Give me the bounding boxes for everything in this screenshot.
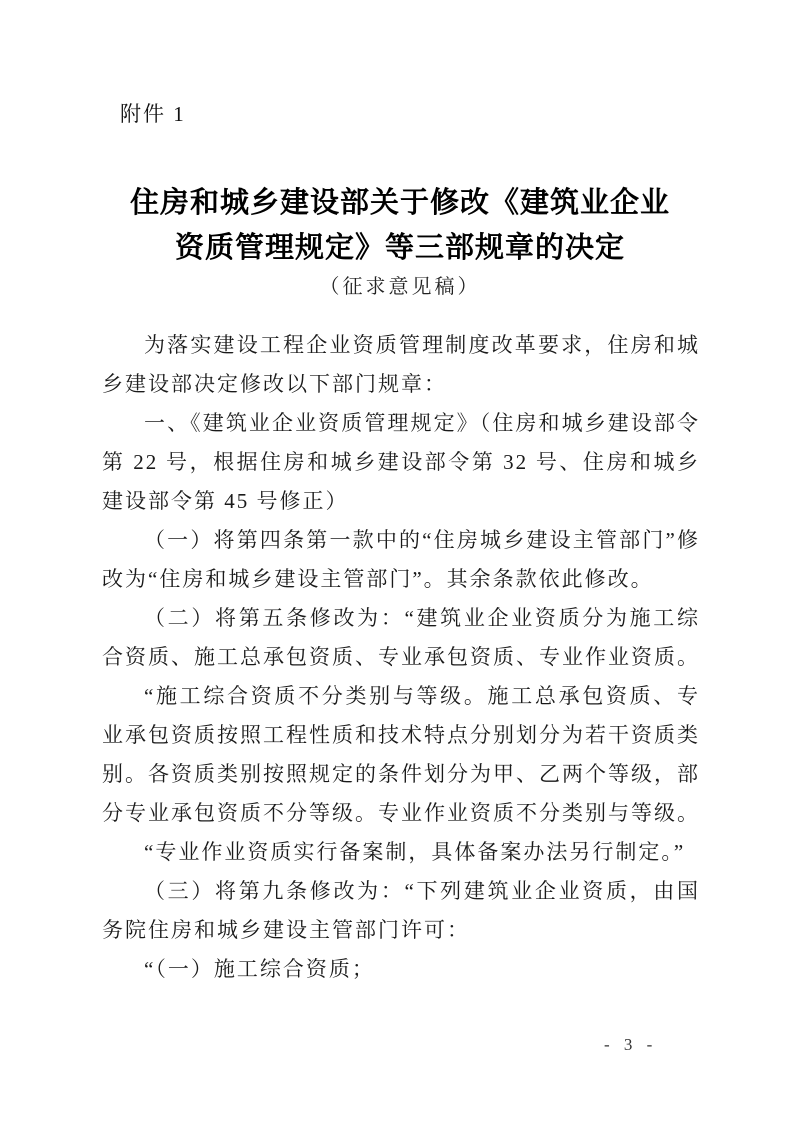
paragraph-item-1-sub-3: （三）将第九条修改为：“下列建筑业企业资质，由国务院住房和城乡建设主管部门许可： [102,872,700,950]
paragraph-quote-filing: “专业作业资质实行备案制，具体备案办法另行制定。” [102,833,700,872]
paragraph-item-1-sub-2: （二）将第五条修改为：“建筑业企业资质分为施工综合资质、施工总承包资质、专业承包… [102,599,700,677]
document-title-line-2: 资质管理规定》等三部规章的决定 [100,226,700,271]
page-number: - 3 - [604,1035,657,1055]
document-page: 附件 1 住房和城乡建设部关于修改《建筑业企业 资质管理规定》等三部规章的决定 … [0,0,800,1131]
paragraph-item-1-sub-1: （一）将第四条第一款中的“住房城乡建设主管部门”修改为“住房和城乡建设主管部门”… [102,521,700,599]
document-title-line-1: 住房和城乡建设部关于修改《建筑业企业 [100,181,700,226]
paragraph-quote-classification: “施工综合资质不分类别与等级。施工总承包资质、专业承包资质按照工程性质和技术特点… [102,677,700,833]
paragraph-intro: 为落实建设工程企业资质管理制度改革要求，住房和城乡建设部决定修改以下部门规章： [102,326,700,404]
attachment-label: 附件 1 [120,98,186,128]
document-title: 住房和城乡建设部关于修改《建筑业企业 资质管理规定》等三部规章的决定 [100,181,700,271]
document-subtitle: （征求意见稿） [100,270,700,299]
document-body: 为落实建设工程企业资质管理制度改革要求，住房和城乡建设部决定修改以下部门规章： … [102,326,700,989]
paragraph-quote-list-item-1: “（一）施工综合资质； [102,950,700,989]
paragraph-item-1: 一、《建筑业企业资质管理规定》（住房和城乡建设部令第 22 号，根据住房和城乡建… [102,404,700,521]
